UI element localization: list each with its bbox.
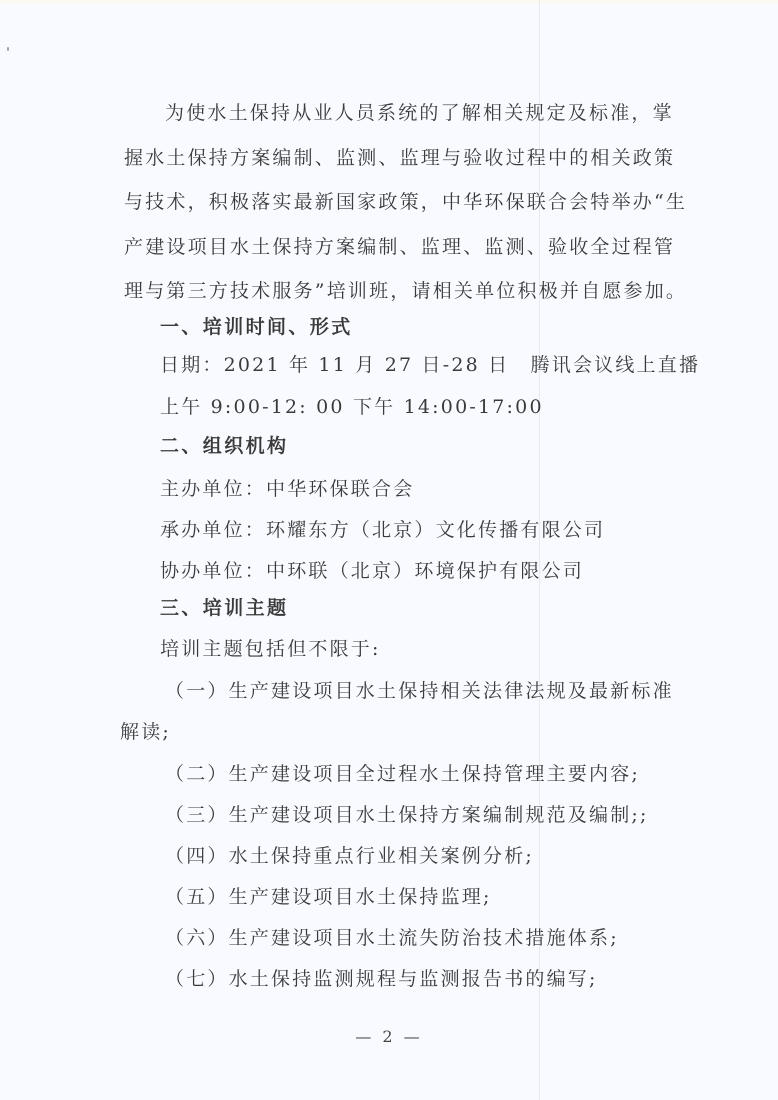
section-3-heading: 三、培训主题 — [160, 596, 288, 620]
section-1-heading: 一、培训时间、形式 — [160, 315, 353, 339]
co-organizer-unit: 协办单位：中环联（北京）环境保护有限公司 — [160, 559, 584, 583]
intro-line-1: 为使水土保持从业人员系统的了解相关规定及标准，掌 — [165, 101, 674, 125]
intro-line-2: 握水土保持方案编制、监测、监理与验收过程中的相关政策 — [124, 146, 675, 170]
intro-line-3: 与技术，积极落实最新国家政策，中华环保联合会特举办“生 — [124, 190, 687, 214]
topic-item: （一）生产建设项目水土保持相关法律法规及最新标准 — [165, 679, 674, 703]
training-time: 上午 9:00-12: 00 下午 14:00-17:00 — [160, 395, 544, 419]
scan-speck — [7, 47, 9, 51]
page-number: — 2 — — [0, 1027, 778, 1046]
organizer-unit: 承办单位：环耀东方（北京）文化传播有限公司 — [160, 518, 605, 542]
section-2-heading: 二、组织机构 — [160, 434, 288, 458]
host-unit: 主办单位：中华环保联合会 — [160, 477, 414, 501]
topic-item: （五）生产建设项目水土保持监理; — [165, 885, 492, 909]
topic-item-continuation: 解读; — [120, 720, 171, 744]
training-date: 日期：2021 年 11 月 27 日-28 日 腾讯会议线上直播 — [160, 353, 700, 377]
intro-line-5: 理与第三方技术服务”培训班，请相关单位积极并自愿参加。 — [124, 279, 687, 303]
intro-line-4: 产建设项目水土保持方案编制、监理、监测、验收全过程管 — [124, 235, 675, 259]
topic-item: （六）生产建设项目水土流失防治技术措施体系; — [165, 926, 619, 950]
topic-item: （二）生产建设项目全过程水土保持管理主要内容; — [165, 762, 640, 786]
topic-item: （七）水土保持监测规程与监测报告书的编写; — [165, 967, 598, 991]
topic-item: （三）生产建设项目水土保持方案编制规范及编制;; — [165, 803, 649, 827]
topics-intro: 培训主题包括但不限于: — [160, 637, 381, 661]
document-page: 为使水土保持从业人员系统的了解相关规定及标准，掌 握水土保持方案编制、监测、监理… — [0, 0, 778, 1100]
topic-item: （四）水土保持重点行业相关案例分析; — [165, 844, 534, 868]
scan-edge — [0, 0, 778, 4]
